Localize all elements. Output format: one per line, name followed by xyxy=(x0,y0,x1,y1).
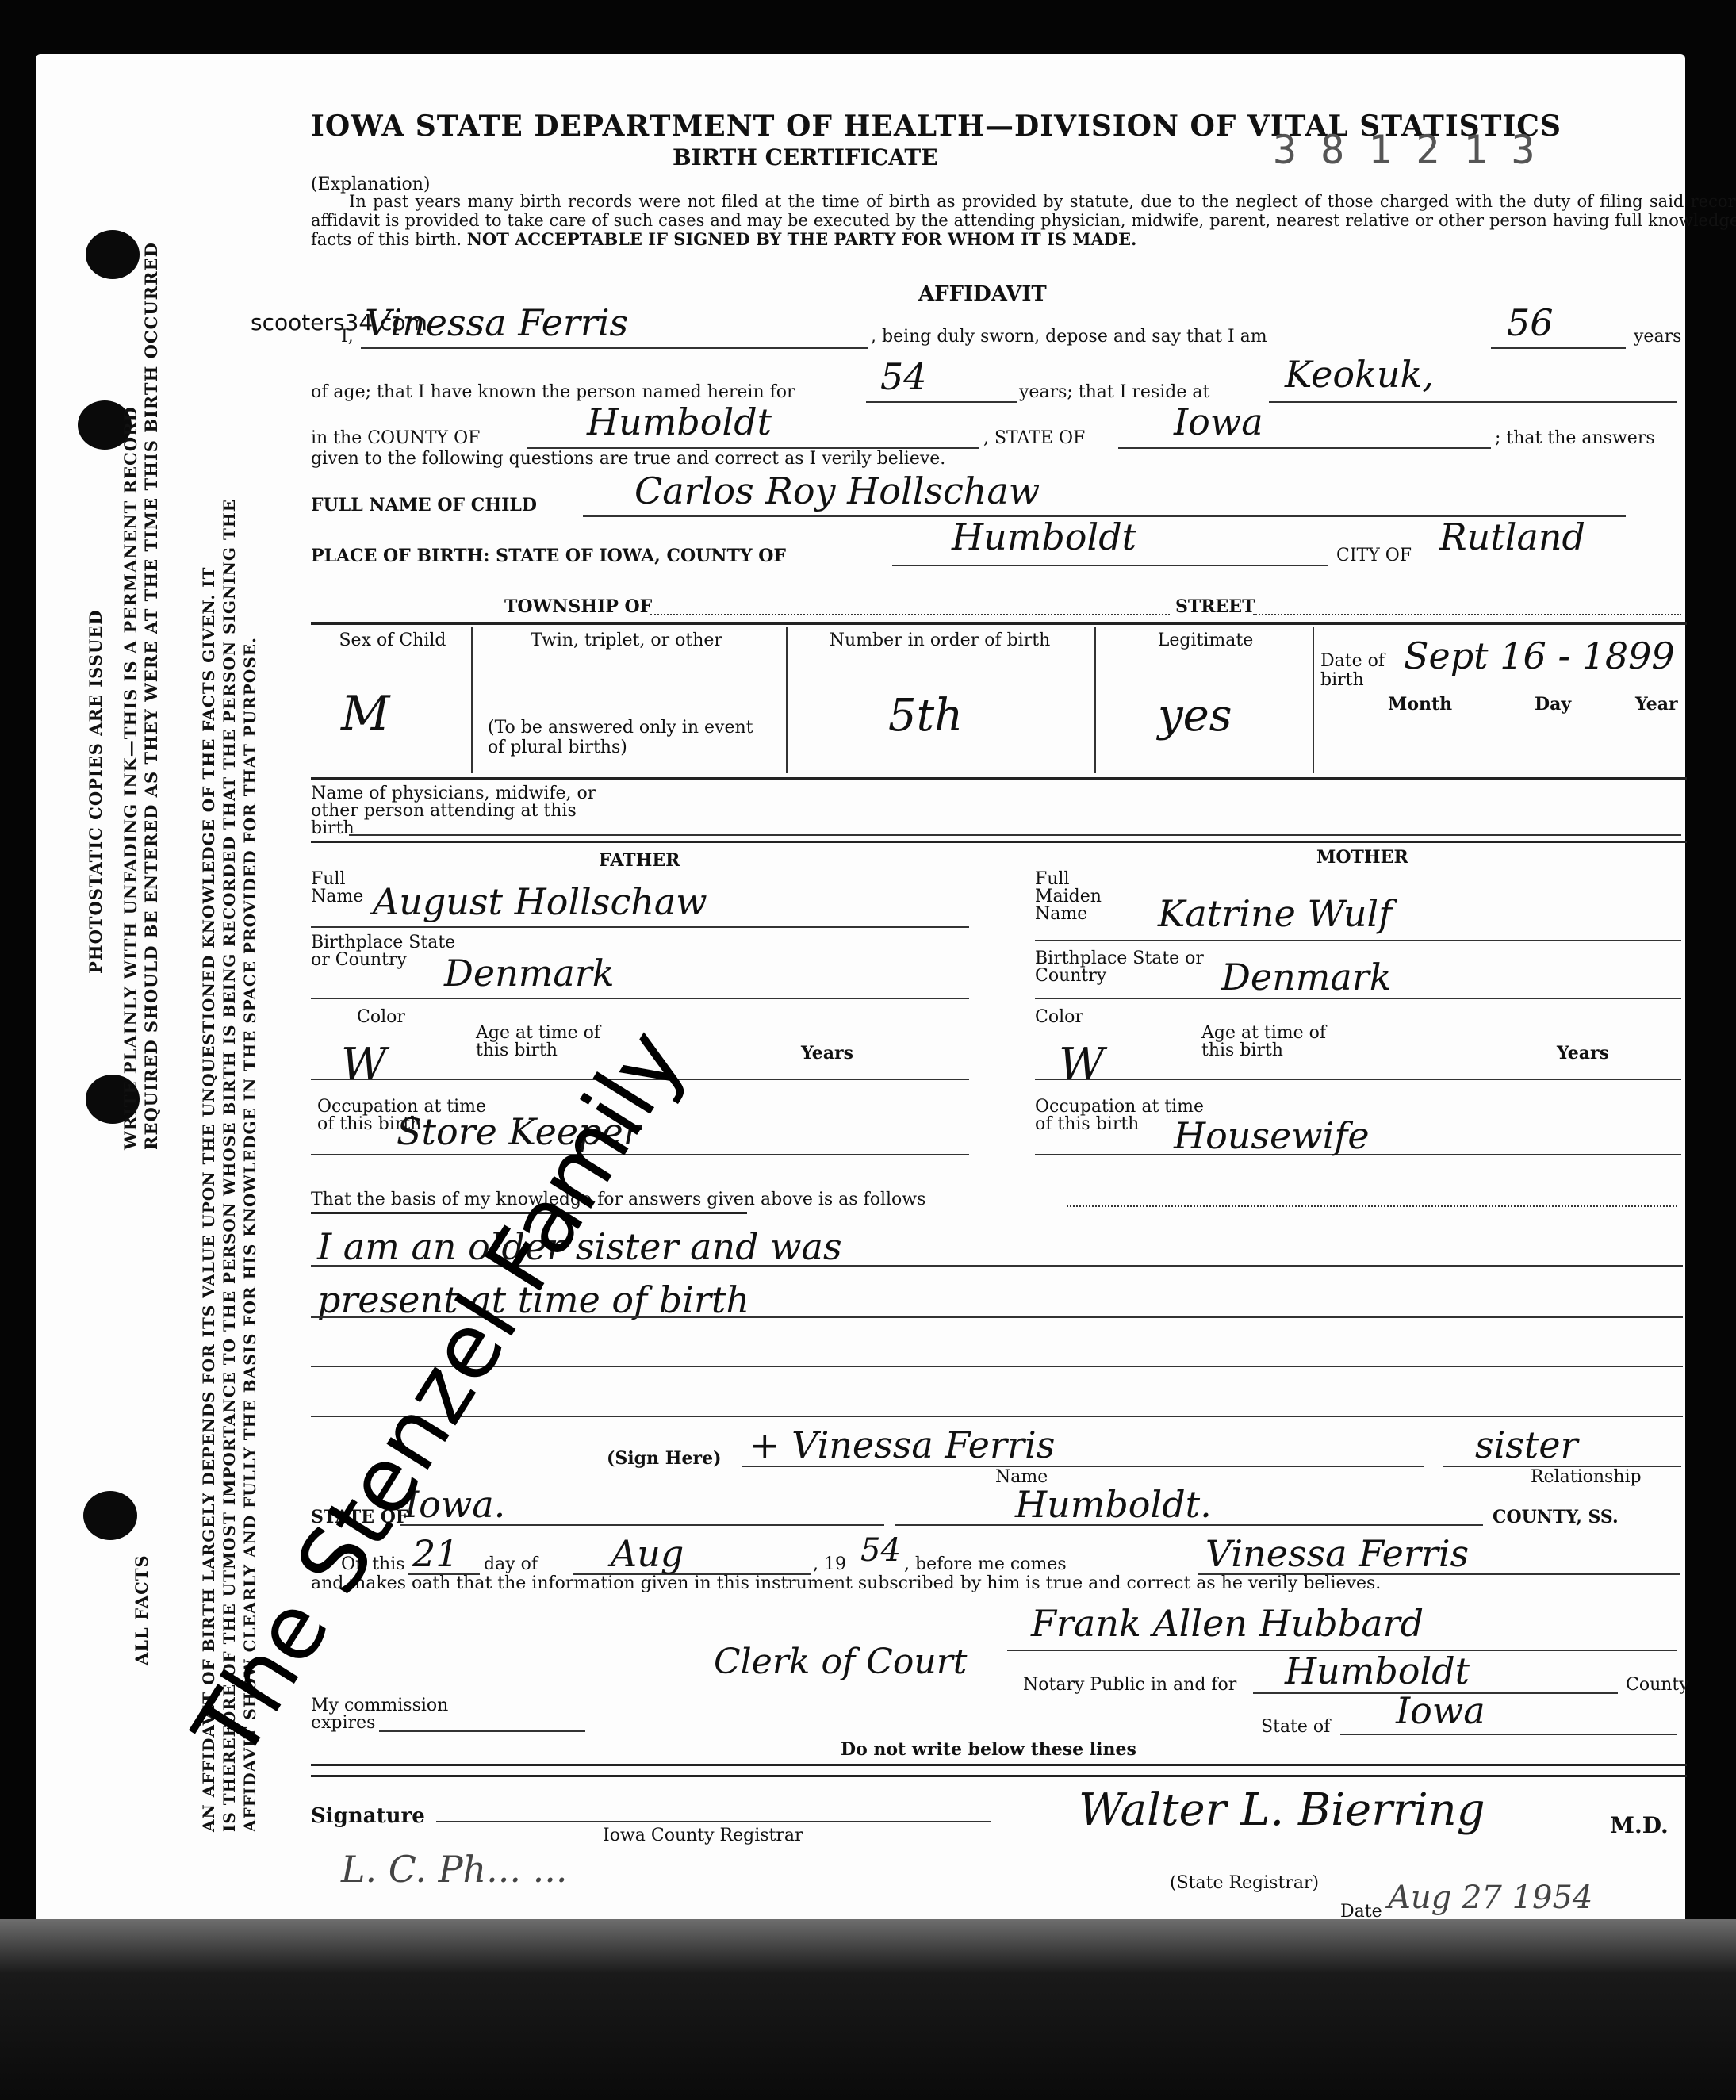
signature-label: Signature xyxy=(311,1804,425,1828)
father-birthplace-field[interactable]: Denmark xyxy=(444,952,615,994)
punch-hole xyxy=(83,1491,137,1540)
county-registrar-label: Iowa County Registrar xyxy=(603,1826,803,1845)
date-of-birth-field[interactable]: Sept 16 - 1899 xyxy=(1404,634,1675,677)
comes-name-field[interactable]: Vinessa Ferris xyxy=(1205,1532,1469,1575)
oath-text: and makes oath that the information give… xyxy=(311,1573,1381,1593)
punch-hole xyxy=(86,230,140,279)
father-name-field[interactable]: August Hollschaw xyxy=(373,880,707,923)
mother-heading: MOTHER xyxy=(1316,847,1408,868)
mother-color-label: Color xyxy=(1035,1007,1083,1027)
margin-write-plainly: WRITE PLAINLY WITH UNFADING INK—THIS IS … xyxy=(121,406,141,1150)
notary-month-field[interactable]: Aug xyxy=(611,1532,684,1575)
notary-signature[interactable]: Frank Allen Hubbard xyxy=(1031,1602,1424,1645)
mother-occupation-field[interactable]: Housewife xyxy=(1174,1114,1370,1157)
state-of-label: State of xyxy=(1261,1717,1330,1737)
affiant-name-field[interactable]: Vinessa Ferris xyxy=(365,301,628,344)
scan-border xyxy=(0,1919,1736,2100)
answers-text: ; that the answers xyxy=(1495,428,1655,448)
sworn-text: , being duly sworn, depose and say that … xyxy=(871,327,1267,347)
twin-label: Twin, triplet, or other xyxy=(492,630,761,650)
state-registrar-signature[interactable]: Walter L. Bierring xyxy=(1079,1784,1485,1836)
twin-note: (To be answered only in event of plural … xyxy=(488,718,773,757)
notary-public-label: Notary Public in and for xyxy=(1023,1675,1236,1695)
city-label: CITY OF xyxy=(1336,546,1412,565)
mother-name-field[interactable]: Katrine Wulf xyxy=(1158,892,1392,935)
given-text: given to the following questions are tru… xyxy=(311,449,945,469)
clerk-signature[interactable]: Clerk of Court xyxy=(714,1642,967,1682)
county-label: in the COUNTY OF xyxy=(311,428,480,448)
attendant-label: Name of physicians, midwife, or other pe… xyxy=(311,785,596,837)
years-known-field[interactable]: 54 xyxy=(880,355,927,398)
father-color-field[interactable]: W xyxy=(341,1039,387,1090)
residence-field[interactable]: Keokuk, xyxy=(1285,353,1434,396)
affiant-age-field[interactable]: 56 xyxy=(1507,301,1554,344)
month-label: Month xyxy=(1388,694,1452,715)
year-label: Year xyxy=(1635,694,1678,715)
township-label: TOWNSHIP OF xyxy=(504,596,652,617)
father-years-label: Years xyxy=(801,1043,853,1063)
county-ss-label: COUNTY, SS. xyxy=(1493,1507,1619,1527)
years-label: years xyxy=(1634,327,1681,347)
mother-birthplace-label: Birthplace State or Country xyxy=(1035,950,1217,985)
sex-label: Sex of Child xyxy=(333,630,452,650)
sex-field[interactable]: M xyxy=(341,686,389,742)
affidavit-heading: AFFIDAVIT xyxy=(918,282,1047,306)
day-label: Day xyxy=(1535,694,1571,715)
state-registrar-label: (State Registrar) xyxy=(1170,1873,1319,1893)
commission-label: My commission expires xyxy=(311,1697,485,1732)
md-label: M.D. xyxy=(1610,1812,1669,1838)
margin-all-facts: ALL FACTS xyxy=(132,1554,152,1665)
certificate-number: 381213 xyxy=(1273,127,1559,173)
reside-text: years; that I reside at xyxy=(1019,382,1209,402)
notary-county-field[interactable]: Humboldt. xyxy=(1015,1483,1212,1526)
legitimate-label: Legitimate xyxy=(1110,630,1301,650)
margin-required: REQUIRED SHOULD BE ENTERED AS THEY WERE … xyxy=(141,242,162,1150)
county-registrar-signature[interactable]: L. C. Ph... ... xyxy=(341,1848,568,1891)
order-field[interactable]: 5th xyxy=(888,690,963,742)
mother-birthplace-field[interactable]: Denmark xyxy=(1221,956,1392,998)
affidavit-prefix: I, xyxy=(341,327,354,347)
father-heading: FATHER xyxy=(599,850,680,871)
signer-name-field[interactable]: + Vinessa Ferris xyxy=(749,1424,1055,1466)
margin-photostatic: PHOTOSTATIC COPIES ARE ISSUED xyxy=(86,610,106,975)
order-label: Number in order of birth xyxy=(801,630,1079,650)
county-field[interactable]: Humboldt xyxy=(587,400,772,443)
state-field[interactable]: Iowa xyxy=(1174,400,1263,443)
form-subtitle: BIRTH CERTIFICATE xyxy=(673,144,938,171)
father-color-label: Color xyxy=(357,1007,405,1027)
mother-color-field[interactable]: W xyxy=(1059,1039,1105,1090)
registrar-date-label: Date xyxy=(1340,1902,1382,1922)
place-of-birth-label: PLACE OF BIRTH: STATE OF IOWA, COUNTY OF xyxy=(311,546,786,566)
county-word: County xyxy=(1626,1675,1689,1695)
father-birthplace-label: Birthplace State or Country xyxy=(311,934,462,969)
before-me-label: , before me comes xyxy=(904,1554,1067,1574)
child-name-label: FULL NAME OF CHILD xyxy=(311,495,537,515)
relationship-caption: Relationship xyxy=(1531,1467,1642,1487)
city-field[interactable]: Rutland xyxy=(1439,515,1585,558)
mother-age-label: Age at time of this birth xyxy=(1201,1025,1352,1060)
notary-year-field[interactable]: 54 xyxy=(860,1532,901,1569)
notary-state-signature[interactable]: Iowa xyxy=(1396,1689,1485,1732)
date-label: Date of birth xyxy=(1320,652,1400,690)
birth-county-field[interactable]: Humboldt xyxy=(952,515,1136,558)
mother-years-label: Years xyxy=(1557,1043,1609,1063)
mother-name-label: Full Maiden Name xyxy=(1035,871,1098,923)
father-name-label: Full Name xyxy=(311,871,374,906)
day-of-label: day of xyxy=(484,1554,538,1574)
notary-day-field[interactable]: 21 xyxy=(412,1532,459,1575)
do-not-write-label: Do not write below these lines xyxy=(841,1739,1136,1760)
year-prefix: , 19 xyxy=(813,1554,846,1574)
margin-affidavit-1: AN AFFIDAVIT OF BIRTH LARGELY DEPENDS FO… xyxy=(198,567,219,1832)
street-label: STREET xyxy=(1175,596,1255,617)
explanation-warning: NOT ACCEPTABLE IF SIGNED BY THE PARTY FO… xyxy=(467,229,1137,249)
relationship-field[interactable]: sister xyxy=(1475,1424,1578,1466)
legitimate-field[interactable]: yes xyxy=(1158,690,1232,742)
known-text: of age; that I have known the person nam… xyxy=(311,382,795,402)
explanation-text: In past years many birth records were no… xyxy=(311,192,1736,249)
child-name-field[interactable]: Carlos Roy Hollschaw xyxy=(634,469,1040,512)
notary-county-signature[interactable]: Humboldt xyxy=(1285,1650,1470,1692)
state-label: , STATE OF xyxy=(983,428,1085,448)
registrar-date-field[interactable]: Aug 27 1954 xyxy=(1388,1880,1592,1916)
sign-here-label: (Sign Here) xyxy=(607,1448,721,1469)
